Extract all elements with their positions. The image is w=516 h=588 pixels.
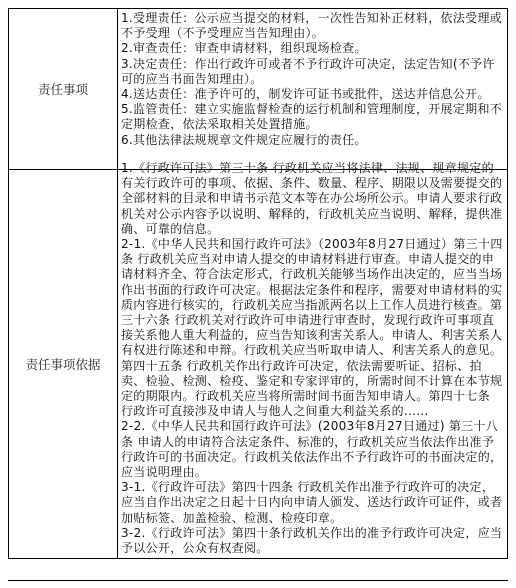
responsibility-item-3: 3.决定责任：作出行政许可或者不予行政许可决定，法定告知(不予许可的应当书面告知… — [121, 57, 504, 87]
responsibility-table: 责任事项 1.受理责任：公示应当提交的材料，一次性告知补正材料，依法受理或不予受… — [8, 8, 508, 559]
legal-basis-item-2-1: 2-1.《中华人民共和国行政许可法》（2003年8月27日通过）第三十四条 行政… — [121, 237, 504, 419]
responsibility-item-4: 4.送达责任：准予许可的，制发许可证书或批件，送达并信息公开。 — [121, 87, 504, 102]
responsibility-item-6: 6.其他法律法规规章文件规定应履行的责任。 — [121, 133, 504, 148]
responsibility-item-1: 1.受理责任：公示应当提交的材料，一次性告知补正材料，依法受理或不予受理（不予受… — [121, 11, 504, 41]
legal-basis-item-1: 1.《行政许可法》第三十条 行政机关应当将法律、法规、规章规定的有关行政许可的事… — [121, 161, 504, 237]
responsibility-table-viewport: 责任事项 1.受理责任：公示应当提交的材料，一次性告知补正材料，依法受理或不予受… — [8, 8, 508, 581]
responsibilities-content: 1.受理责任：公示应当提交的材料，一次性告知补正材料，依法受理或不予受理（不予受… — [118, 9, 508, 170]
responsibility-item-2: 2.审查责任：审查申请材料，组织现场检查。 — [121, 41, 504, 56]
responsibility-item-5: 5.监管责任：建立实施监督检查的运行机制和管理制度，开展定期和不定期检查，依法采… — [121, 102, 504, 132]
legal-basis-item-3-2: 3-2.《行政许可法》第四十条行政机关作出的准予行政许可决定，应当予以公开，公众… — [121, 526, 504, 556]
legal-basis-item-2-2: 2-2.《中华人民共和国行政许可法》(2003年8月27日通过) 第三十八条 申… — [121, 419, 504, 480]
legal-basis-item-3-1: 3-1.《行政许可法》第四十四条 行政机关作出准予行政许可的决定，应当自作出决定… — [121, 480, 504, 526]
row-label-legal-basis: 责任事项依据 — [9, 170, 118, 559]
table-row-legal-basis: 责任事项依据 1.《行政许可法》第三十条 行政机关应当将法律、法规、规章规定的有… — [9, 170, 508, 559]
table-row-responsibilities: 责任事项 1.受理责任：公示应当提交的材料，一次性告知补正材料，依法受理或不予受… — [9, 9, 508, 170]
row-label-responsibilities: 责任事项 — [9, 9, 118, 170]
legal-basis-content: 1.《行政许可法》第三十条 行政机关应当将法律、法规、规章规定的有关行政许可的事… — [118, 170, 508, 559]
